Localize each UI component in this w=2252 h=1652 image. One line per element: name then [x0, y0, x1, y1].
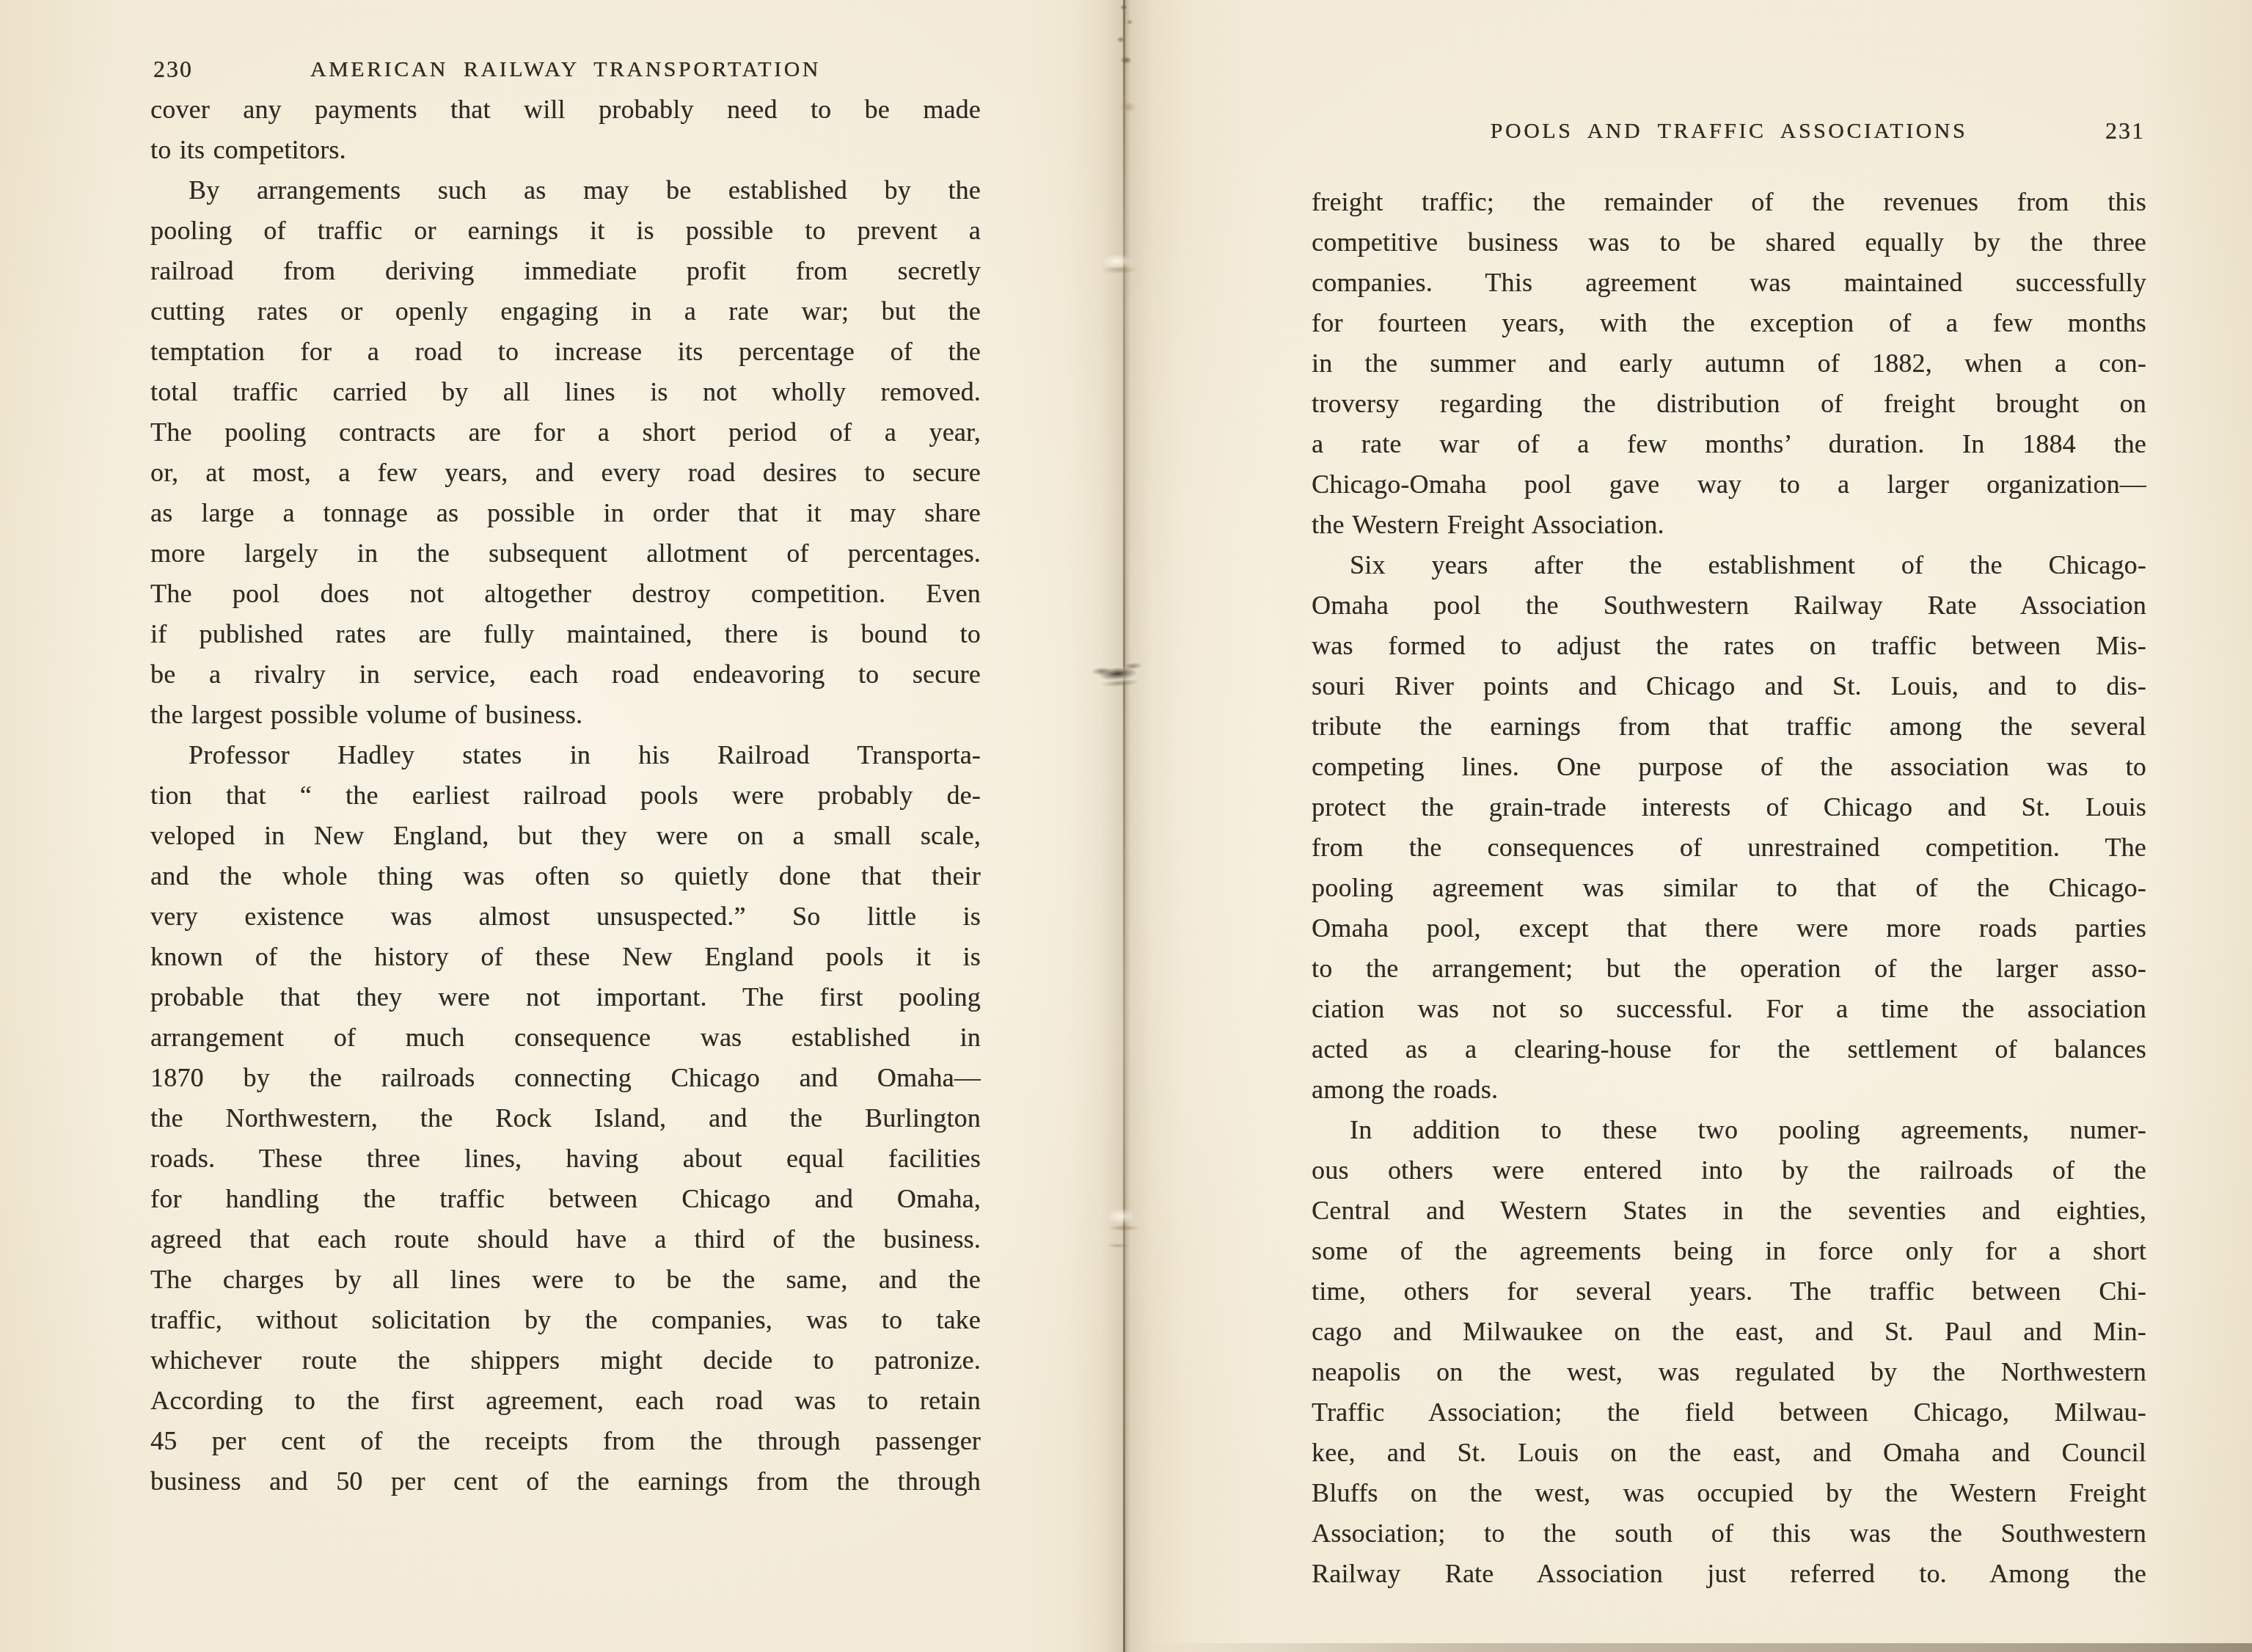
text-line: kee, and St. Louis on the east, and Omah…: [1312, 1433, 2146, 1473]
text-line: some of the agreements being in force on…: [1312, 1231, 2146, 1271]
text-line: Professor Hadley states in his Railroad …: [150, 735, 981, 775]
text-line: cago and Milwaukee on the east, and St. …: [1312, 1312, 2146, 1352]
text-line: the Western Freight Association.: [1312, 505, 2146, 545]
text-line: known of the history of these New Englan…: [150, 937, 981, 977]
text-line: traffic, without solicitation by the com…: [150, 1300, 981, 1340]
text-line: The charges by all lines were to be the …: [150, 1260, 981, 1300]
text-line: pooling agreement was similar to that of…: [1312, 868, 2146, 908]
right-page: POOLS AND TRAFFIC ASSOCIATIONS 231 freig…: [1312, 117, 2146, 1594]
text-line: Six years after the establishment of the…: [1312, 545, 2146, 585]
left-running-head: 230 AMERICAN RAILWAY TRANSPORTATION: [150, 56, 981, 89]
text-line: Chicago-Omaha pool gave way to a larger …: [1312, 464, 2146, 505]
right-page-body: freight traffic; the remainder of the re…: [1312, 182, 2146, 1594]
ink-blot: [1086, 651, 1159, 701]
text-line: By arrangements such as may be establish…: [150, 170, 981, 211]
text-line: more largely in the subsequent allotment…: [150, 533, 981, 574]
text-line: or, at most, a few years, and every road…: [150, 453, 981, 493]
text-line: The pooling contracts are for a short pe…: [150, 412, 981, 453]
paper-wrinkle-bottom: [1092, 1180, 1153, 1260]
text-line: veloped in New England, but they were on…: [150, 816, 981, 856]
text-line: In addition to these two pooling agreeme…: [1312, 1110, 2146, 1150]
text-line: temptation for a road to increase its pe…: [150, 332, 981, 372]
text-line: According to the first agreement, each r…: [150, 1381, 981, 1421]
text-line: cutting rates or openly engaging in a ra…: [150, 291, 981, 332]
text-line: the Northwestern, the Rock Island, and t…: [150, 1098, 981, 1139]
text-line: time, others for several years. The traf…: [1312, 1271, 2146, 1312]
text-line: tribute the earnings from that traffic a…: [1312, 706, 2146, 747]
text-line: total traffic carried by all lines is no…: [150, 372, 981, 412]
text-line: 45 per cent of the receipts from the thr…: [150, 1421, 981, 1461]
page-bottom-edge: [1144, 1643, 2252, 1652]
text-line: arrangement of much consequence was esta…: [150, 1017, 981, 1058]
text-line: souri River points and Chicago and St. L…: [1312, 666, 2146, 706]
text-line: among the roads.: [1312, 1070, 2146, 1110]
text-line: to its competitors.: [150, 130, 981, 170]
text-line: very existence was almost unsuspected.” …: [150, 896, 981, 937]
text-line: was formed to adjust the rates on traffi…: [1312, 626, 2146, 666]
text-line: ous others were entered into by the rail…: [1312, 1150, 2146, 1191]
text-line: Railway Rate Association just referred t…: [1312, 1554, 2146, 1594]
text-line: troversy regarding the distribution of f…: [1312, 384, 2146, 424]
book-scan: 230 AMERICAN RAILWAY TRANSPORTATION cove…: [0, 0, 2252, 1652]
right-running-head: POOLS AND TRAFFIC ASSOCIATIONS 231: [1312, 117, 2146, 151]
text-line: be a rivalry in service, each road endea…: [150, 654, 981, 695]
text-line: ciation was not so successful. For a tim…: [1312, 989, 2146, 1029]
text-line: competitive business was to be shared eq…: [1312, 222, 2146, 263]
text-line: Bluffs on the west, was occupied by the …: [1312, 1473, 2146, 1513]
text-line: freight traffic; the remainder of the re…: [1312, 182, 2146, 222]
text-line: neapolis on the west, was regulated by t…: [1312, 1352, 2146, 1392]
text-line: if published rates are fully maintained,…: [150, 614, 981, 654]
text-line: roads. These three lines, having about e…: [150, 1139, 981, 1179]
text-line: business and 50 per cent of the earnings…: [150, 1461, 981, 1502]
text-line: for fourteen years, with the exception o…: [1312, 303, 2146, 343]
text-line: to the arrangement; but the operation of…: [1312, 949, 2146, 989]
text-line: companies. This agreement was maintained…: [1312, 263, 2146, 303]
text-line: The pool does not altogether destroy com…: [150, 574, 981, 614]
text-line: Omaha pool, except that there were more …: [1312, 908, 2146, 949]
left-page-number: 230: [153, 56, 193, 83]
left-running-head-title: AMERICAN RAILWAY TRANSPORTATION: [150, 56, 981, 82]
text-line: Central and Western States in the sevent…: [1312, 1191, 2146, 1231]
text-line: 1870 by the railroads connecting Chicago…: [150, 1058, 981, 1098]
text-line: Omaha pool the Southwestern Railway Rate…: [1312, 585, 2146, 626]
text-line: and the whole thing was often so quietly…: [150, 856, 981, 896]
paper-wrinkle-top: [1084, 235, 1150, 293]
text-line: as large a tonnage as possible in order …: [150, 493, 981, 533]
left-page: 230 AMERICAN RAILWAY TRANSPORTATION cove…: [150, 56, 981, 1502]
right-page-number: 231: [2105, 117, 2145, 145]
text-line: for handling the traffic between Chicago…: [150, 1179, 981, 1219]
text-line: the largest possible volume of business.: [150, 695, 981, 735]
text-line: whichever route the shippers might decid…: [150, 1340, 981, 1381]
text-line: competing lines. One purpose of the asso…: [1312, 747, 2146, 787]
text-line: protect the grain-trade interests of Chi…: [1312, 787, 2146, 827]
text-line: in the summer and early autumn of 1882, …: [1312, 343, 2146, 384]
text-line: pooling of traffic or earnings it is pos…: [150, 211, 981, 251]
text-line: agreed that each route should have a thi…: [150, 1219, 981, 1260]
right-running-head-title: POOLS AND TRAFFIC ASSOCIATIONS: [1312, 117, 2146, 144]
text-line: probable that they were not important. T…: [150, 977, 981, 1017]
text-line: Traffic Association; the field between C…: [1312, 1392, 2146, 1433]
left-page-body: cover any payments that will probably ne…: [150, 89, 981, 1502]
text-line: a rate war of a few months’ duration. In…: [1312, 424, 2146, 464]
text-line: cover any payments that will probably ne…: [150, 89, 981, 130]
binding-thread: [1106, 0, 1144, 136]
text-line: tion that “ the earliest railroad pools …: [150, 775, 981, 816]
text-line: from the consequences of unrestrained co…: [1312, 827, 2146, 868]
text-line: railroad from deriving immediate profit …: [150, 251, 981, 291]
text-line: acted as a clearing-house for the settle…: [1312, 1029, 2146, 1070]
text-line: Association; to the south of this was th…: [1312, 1513, 2146, 1554]
